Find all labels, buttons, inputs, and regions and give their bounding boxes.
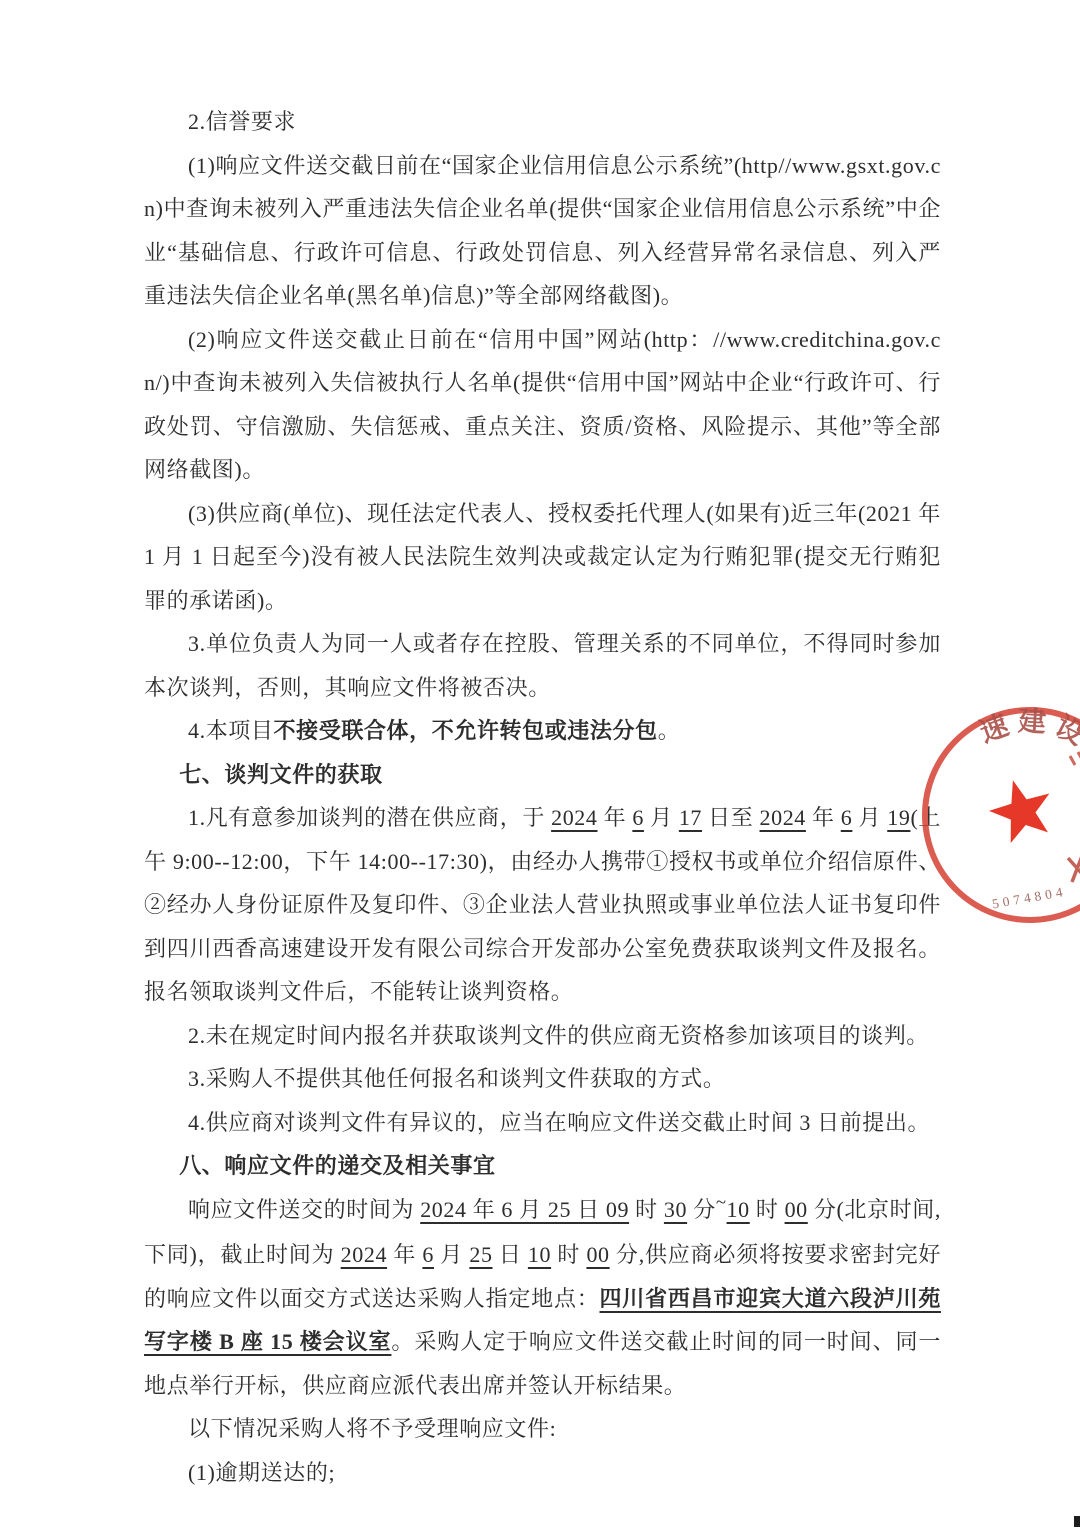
text-segment: (上午 9:00--12:00，下午 14:00--17:30)，由经办人携带①… [144, 805, 941, 1004]
text-segment: 不接受联合体，不允许转包或违法分包 [274, 718, 658, 743]
text-segment: 月 [644, 805, 679, 830]
seal-partial-character-stroke [1068, 856, 1080, 882]
text-segment: 八、响应文件的递交及相关事宜 [179, 1153, 495, 1178]
text-segment: 2024 [760, 805, 806, 830]
text-segment: 年 [387, 1242, 422, 1267]
text-segment: (2)响应文件送交截止日前在“信用中国”网站(http：//www.credit… [144, 327, 941, 483]
text-segment: 年 [806, 805, 841, 830]
text-segment: 响应文件送交的时间为 [188, 1197, 420, 1222]
paragraph: 2.信誉要求 [144, 100, 941, 144]
text-segment: 6 [422, 1242, 434, 1267]
text-segment: 分 [687, 1197, 716, 1222]
section-heading: 七、谈判文件的获取 [144, 753, 941, 797]
text-segment: 19 [887, 805, 910, 830]
paragraph: 4.供应商对谈判文件有异议的，应当在响应文件送交截止时间 3 日前提出。 [144, 1101, 941, 1145]
text-segment: 2024 [551, 805, 597, 830]
text-segment: 时 [750, 1197, 785, 1222]
paragraph: 3.单位负责人为同一人或者存在控股、管理关系的不同单位，不得同时参加本次谈判，否… [144, 622, 941, 709]
seal-serial: 5074804 [991, 884, 1068, 912]
text-segment: ~ [716, 1192, 727, 1213]
text-segment: 2.信誉要求 [188, 109, 296, 134]
text-segment: 10 [528, 1242, 551, 1267]
text-segment: 1.凡有意参加谈判的潜在供应商，于 [188, 805, 551, 830]
text-segment: (1)响应文件送交截日前在“国家企业信用信息公示系统”(http//www.gs… [144, 153, 941, 309]
text-segment: 3.采购人不提供其他任何报名和谈判文件获取的方式。 [188, 1066, 726, 1091]
text-segment: 30 [664, 1197, 687, 1222]
svg-text:速建设开: 速建设开 [976, 705, 1080, 780]
document-page: 2.信誉要求(1)响应文件送交截日前在“国家企业信用信息公示系统”(http//… [0, 0, 1080, 1528]
paragraph: 4.本项目不接受联合体，不允许转包或违法分包。 [144, 709, 941, 753]
paragraph: (3)供应商(单位)、现任法定代表人、授权委托代理人(如果有)近三年(2021 … [144, 492, 941, 623]
text-segment: 6 [632, 805, 644, 830]
text-segment: 年 [598, 805, 633, 830]
seal-partial-tick-marks [1070, 752, 1080, 765]
text-segment: 日 [493, 1242, 528, 1267]
paragraph: 1.凡有意参加谈判的潜在供应商，于 2024 年 6 月 17 日至 2024 … [144, 796, 941, 1014]
text-segment: 2.未在规定时间内报名并获取谈判文件的供应商无资格参加该项目的谈判。 [188, 1023, 929, 1048]
text-segment: 17 [679, 805, 702, 830]
text-segment: 3.单位负责人为同一人或者存在控股、管理关系的不同单位，不得同时参加本次谈判，否… [144, 631, 941, 700]
text-segment: 2024 年 6 月 25 日 09 [420, 1197, 629, 1222]
text-segment: 以下情况采购人将不予受理响应文件: [188, 1416, 556, 1441]
paragraph: 以下情况采购人将不予受理响应文件: [144, 1407, 941, 1451]
text-segment: 七、谈判文件的获取 [179, 762, 382, 787]
text-segment: 。 [658, 718, 681, 743]
section-heading: 八、响应文件的递交及相关事宜 [144, 1144, 941, 1188]
paragraph: (1)响应文件送交截日前在“国家企业信用信息公示系统”(http//www.gs… [144, 144, 941, 318]
seal-arc-text: 速建设开 [976, 705, 1080, 780]
paragraph: (1)逾期送达的; [144, 1451, 941, 1495]
text-segment: 10 [727, 1197, 750, 1222]
seal-star-icon [983, 772, 1060, 847]
text-segment: 00 [586, 1242, 609, 1267]
text-segment: 6 [841, 805, 853, 830]
text-segment: 25 [469, 1242, 492, 1267]
company-seal: 速建设开 5074804 [920, 690, 1080, 950]
text-segment: 4.供应商对谈判文件有异议的，应当在响应文件送交截止时间 3 日前提出。 [188, 1110, 930, 1135]
text-segment: 月 [852, 805, 887, 830]
text-segment: 2024 [341, 1242, 387, 1267]
text-segment: 4.本项目 [188, 718, 274, 743]
paragraph: 响应文件送交的时间为 2024 年 6 月 25 日 09 时 30 分~10 … [144, 1188, 941, 1408]
scan-speck [1074, 1516, 1080, 1527]
seal-ring [925, 710, 1080, 920]
paragraph: (2)响应文件送交截止日前在“信用中国”网站(http：//www.credit… [144, 318, 941, 492]
document-content: 2.信誉要求(1)响应文件送交截日前在“国家企业信用信息公示系统”(http//… [144, 100, 941, 1494]
text-segment: 00 [785, 1197, 808, 1222]
paragraph: 3.采购人不提供其他任何报名和谈判文件获取的方式。 [144, 1057, 941, 1101]
text-segment: 时 [551, 1242, 586, 1267]
text-segment: 日至 [702, 805, 759, 830]
text-segment: 时 [629, 1197, 664, 1222]
text-segment: (1)逾期送达的; [188, 1460, 335, 1485]
paragraph: 2.未在规定时间内报名并获取谈判文件的供应商无资格参加该项目的谈判。 [144, 1014, 941, 1058]
text-segment: (3)供应商(单位)、现任法定代表人、授权委托代理人(如果有)近三年(2021 … [144, 501, 941, 613]
text-segment: 月 [434, 1242, 469, 1267]
